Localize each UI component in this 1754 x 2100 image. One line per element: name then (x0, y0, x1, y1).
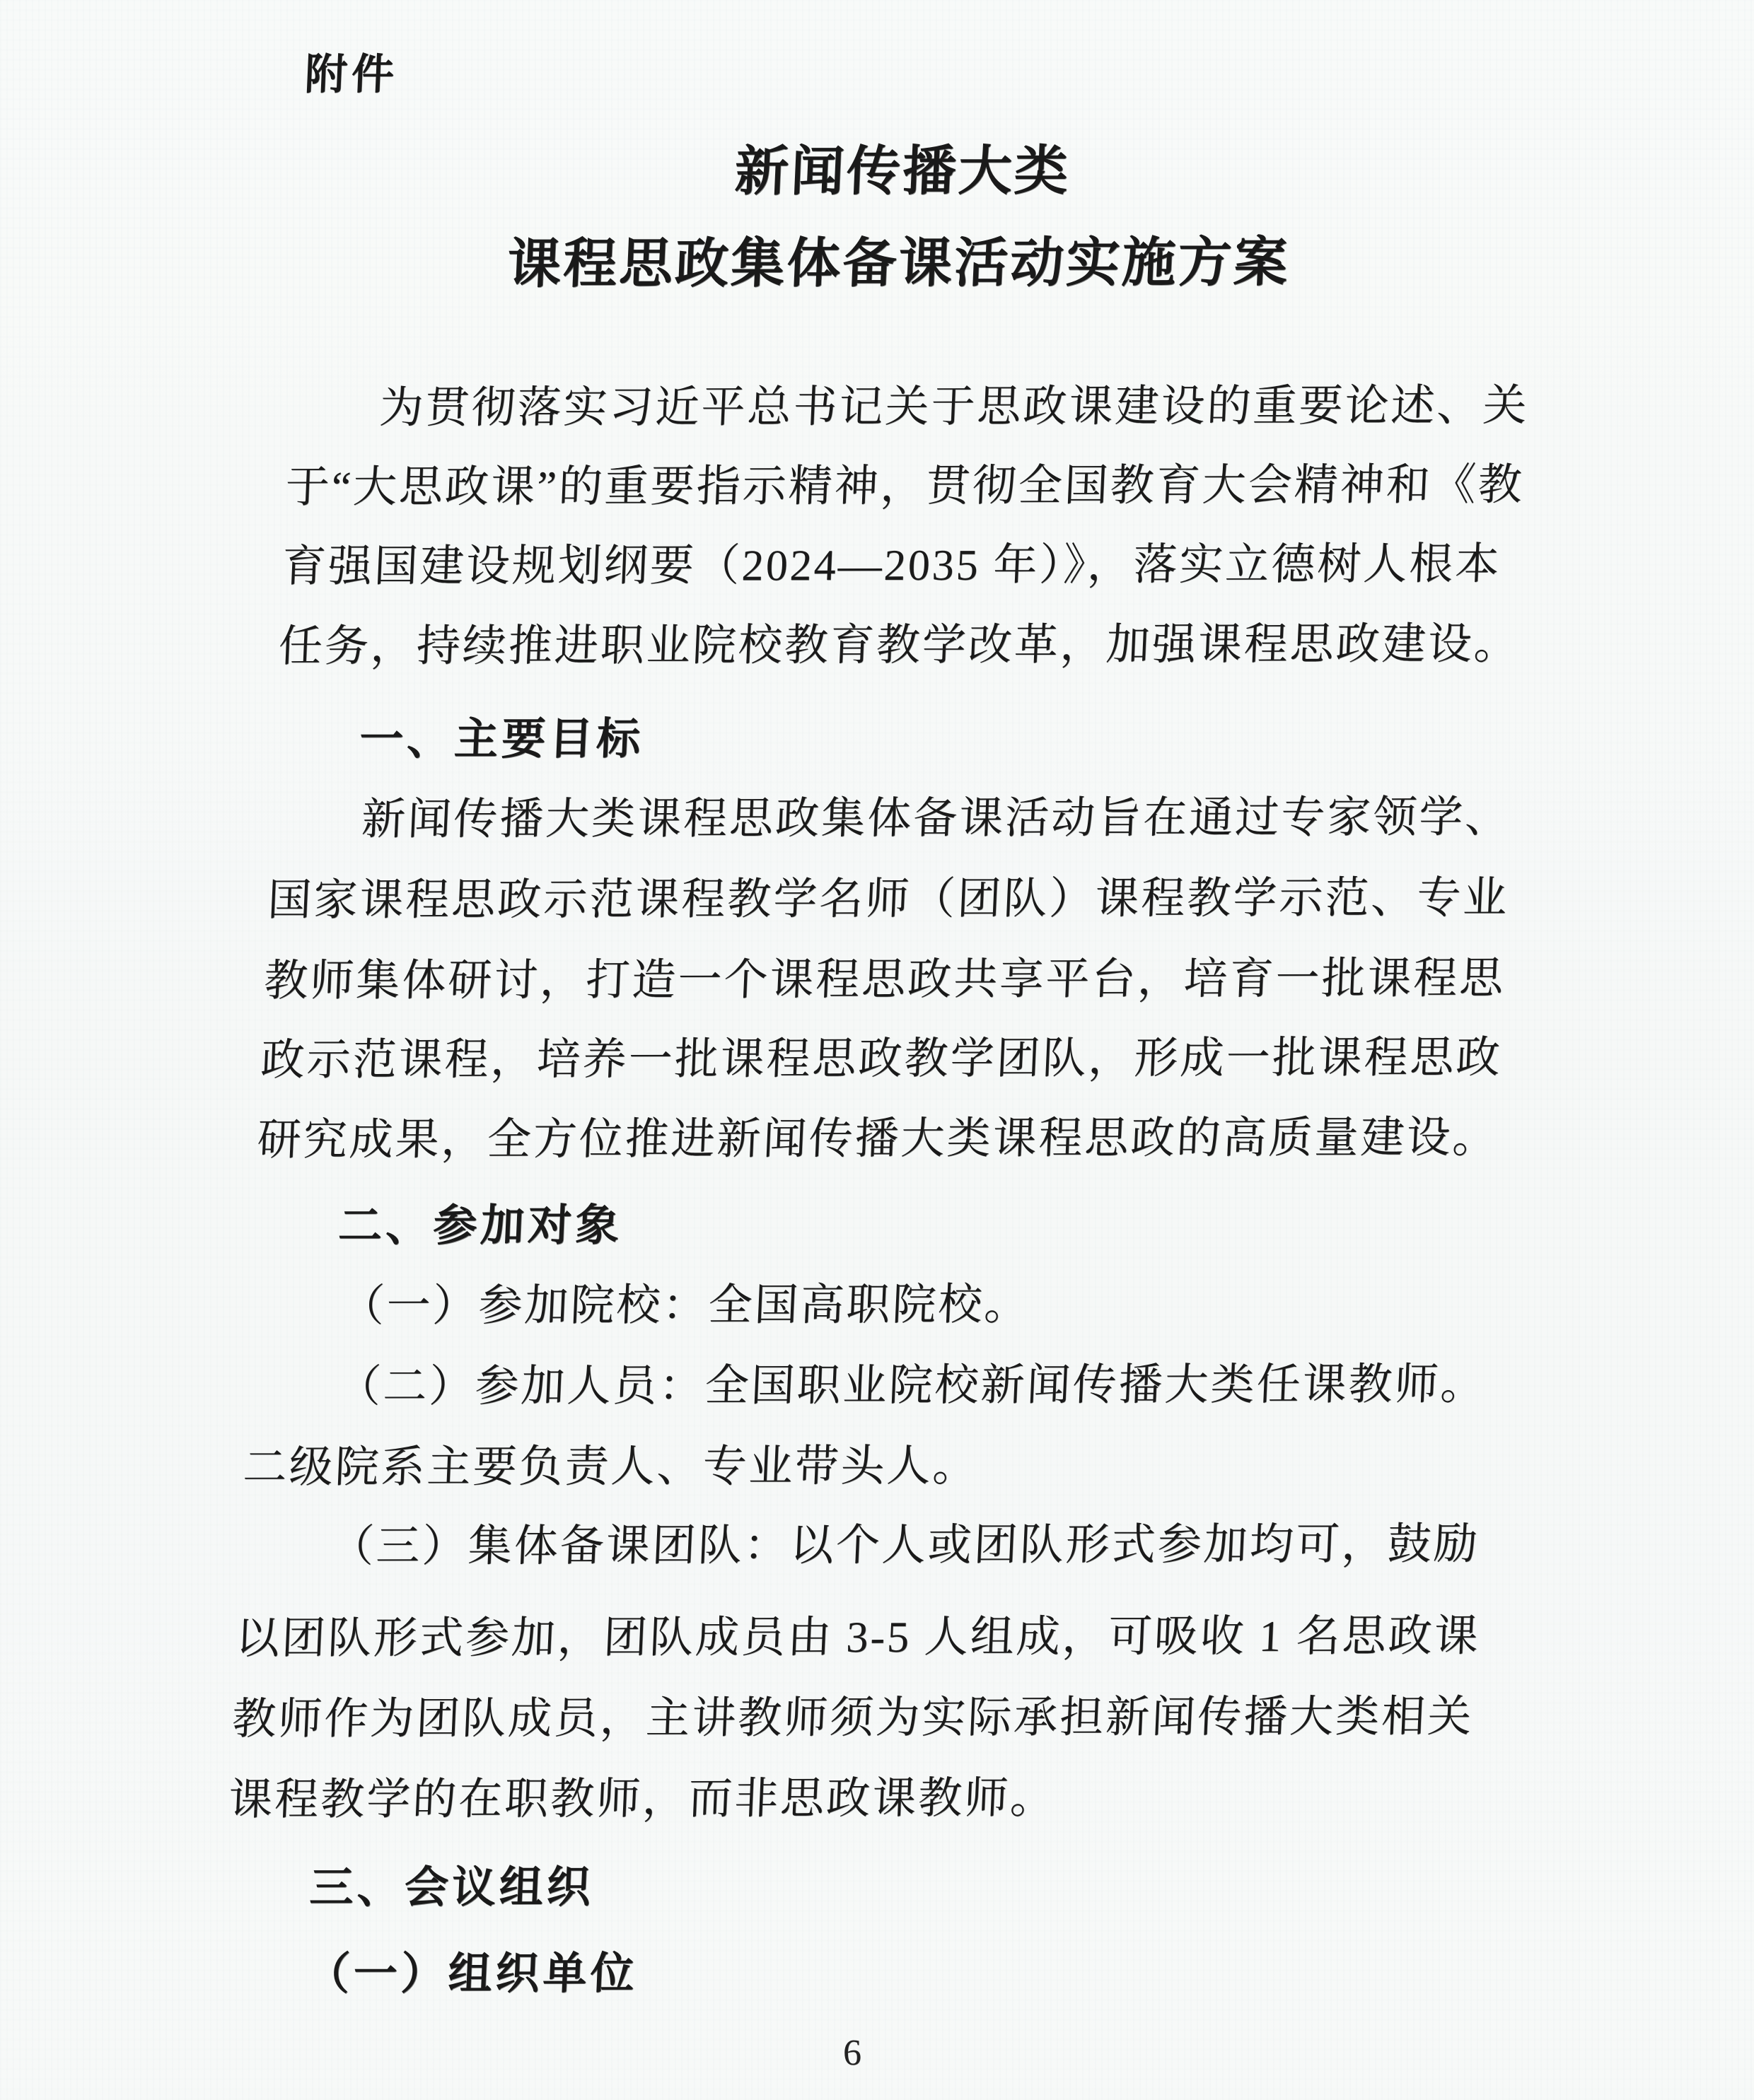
attachment-label: 附件 (303, 50, 399, 99)
body-line: 政示范课程，培养一批课程思政教学团队，形成一批课程思政 (260, 1032, 1468, 1087)
body-line: 以团队形式参加，团队成员由 3-5 人组成，可吸收 1 名思政课 (235, 1611, 1444, 1665)
subsection-heading: （一）组织单位 (220, 1946, 1514, 2000)
page-content: 附件 新闻传播大类 课程思政集体备课活动实施方案 为贯彻落实习近平总书记关于思政… (216, 0, 1514, 2100)
document-page: 附件 新闻传播大类 课程思政集体备课活动实施方案 为贯彻落实习近平总书记关于思政… (0, 0, 1754, 2100)
body-line: （一）参加院校：全国高职院校。 (249, 1278, 1548, 1333)
body-line: （三）集体备课团队：以个人或团队形式参加均可，鼓励 (238, 1519, 1538, 1573)
section-heading-2: 二、参加对象 (252, 1198, 1546, 1252)
document-title-line2: 课程思政集体备课活动实施方案 (294, 232, 1503, 296)
page-number: 6 (843, 2035, 861, 2072)
body-line: 于“大思政课”的重要指示精神，贯彻全国教育大会精神和《教 (284, 460, 1493, 514)
body-line: （二）参加人员：全国职业院校新闻传播大类任课教师。 (245, 1359, 1545, 1413)
body-line: 育强国建设规划纲要（2024—2035 年）》，落实立德树人根本 (281, 539, 1489, 593)
document-title-line1: 新闻传播大类 (298, 140, 1507, 204)
section-heading-1: 一、主要目标 (274, 711, 1567, 766)
body-line: 任务，持续推进职业院校教育教学改革，加强课程思政建设。 (277, 619, 1486, 673)
body-line: 新闻传播大类课程思政集体备课活动旨在通过专家领学、 (270, 792, 1569, 846)
section-heading-3: 三、会议组织 (223, 1860, 1517, 1914)
body-line: 课程教学的在职教师，而非思政课教师。 (228, 1772, 1436, 1826)
body-line: 教师集体研讨，打造一个课程思政共享平台，培育一批课程思 (263, 953, 1472, 1008)
body-line: 二级院系主要负责人、专业带头人。 (242, 1440, 1451, 1494)
body-line: 为贯彻落实习近平总书记关于思政课建设的重要论述、关 (288, 380, 1587, 435)
body-line: 研究成果，全方位推进新闻传播大类课程思政的高质量建设。 (256, 1112, 1465, 1167)
body-line: 教师作为团队成员，主讲教师须为实际承担新闻传播大类相关 (231, 1691, 1440, 1746)
body-line: 国家课程思政示范课程教学名师（团队）课程教学示范、专业 (267, 873, 1475, 927)
